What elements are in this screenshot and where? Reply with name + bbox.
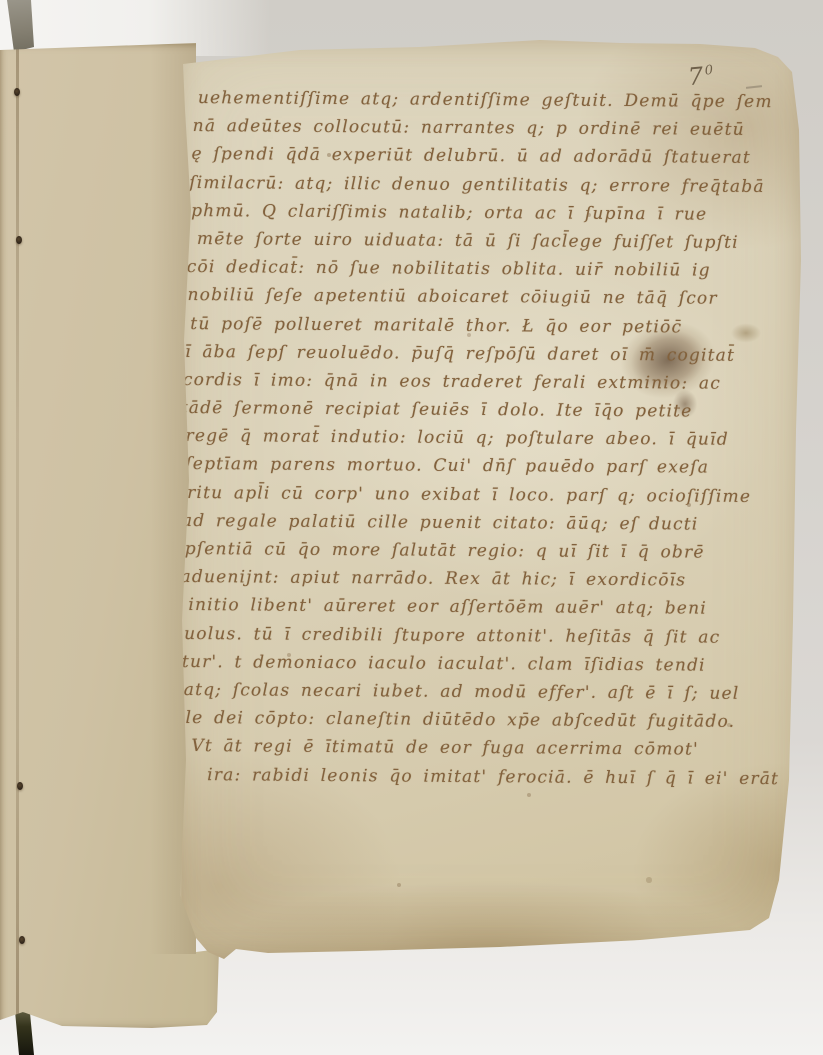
- text-line: ſimilacrū: atq; illic denuo gentilitatis…: [189, 169, 789, 201]
- text-line: initio libent' aūreret eor aſſertōēm auē…: [188, 591, 786, 623]
- text-line: ī āba ſepſ reuoluēdo. p̄uſq̄ reſpōſū dar…: [185, 338, 788, 370]
- manuscript-leaf: 70 uehementiſſime atq; ardentiſſime geſt…: [168, 34, 808, 960]
- text-line: phmū. Q clariſſimis natalib; orta ac ī ſ…: [191, 197, 789, 229]
- flyleaf-fold-line: [16, 46, 19, 1016]
- text-line: ritu apl̄i cū corp' uno exibat ī loco. p…: [187, 479, 787, 511]
- text-line: regē q̄ morat̄ indutio: lociū q; poſtula…: [185, 422, 787, 454]
- text-line: nā adeūtes collocutū: narrantes q; p ord…: [193, 112, 790, 144]
- text-line: atq; ſcolas necari iubet. ad modū effer'…: [184, 676, 786, 708]
- text-line: mēte ſorte uiro uiduata: tā ū ſi ſacl̄eg…: [197, 225, 789, 257]
- text-line: uehementiſſime atq; ardentiſſime geſtuit…: [198, 84, 790, 116]
- folio-superscript: 0: [704, 63, 715, 79]
- text-line: tādē ſermonē recipiat ſeuiēs ī dolo. Ite…: [181, 394, 788, 426]
- text-line: uolus. tū ī credibili ſtupore attonit'. …: [184, 620, 786, 652]
- sewing-hole: [14, 88, 20, 96]
- text-line: cōi dedicat̄: nō ſue nobilitatis oblita.…: [187, 253, 789, 285]
- text-line: ira: rabidi leonis q̄o imitat' ferociā. …: [207, 761, 785, 793]
- text-line: nobiliū ſeſe apetentiū aboicaret cōiugiū…: [187, 281, 788, 313]
- text-line: ę ſpendi q̄dā experiūt delubrū. ū ad ado…: [191, 140, 789, 172]
- sewing-hole: [17, 782, 23, 790]
- text-line: pſentiā cū q̄o more ſalutāt regio: q uī …: [185, 535, 787, 567]
- sewing-hole: [19, 936, 25, 944]
- text-line: ad regale palatiū cille puenit citato: ā…: [182, 507, 787, 539]
- text-line: cordis ī imo: q̄nā in eos traderet feral…: [183, 366, 788, 398]
- sewing-hole: [16, 236, 22, 244]
- text-line: aduenijnt: apiut narrādo. Rex āt hic; ī …: [180, 563, 786, 595]
- text-line: ſeptīam parens mortuo. Cui' dn̄ſ pauēdo …: [185, 450, 787, 482]
- text-line: le dei cōpto: claneſtin diūtēdo xp̄e abſ…: [185, 704, 785, 736]
- text-line: Vt āt regi ē ītimatū de eor fuga acerrim…: [191, 732, 785, 764]
- manuscript-text-block: uehementiſſime atq; ardentiſſime geſtuit…: [185, 84, 790, 793]
- text-line: tur'. t demoniaco iaculo iaculat'. clam …: [182, 648, 786, 680]
- text-line: tū poſē pollueret maritalē thor. Ł q̄o e…: [190, 310, 788, 342]
